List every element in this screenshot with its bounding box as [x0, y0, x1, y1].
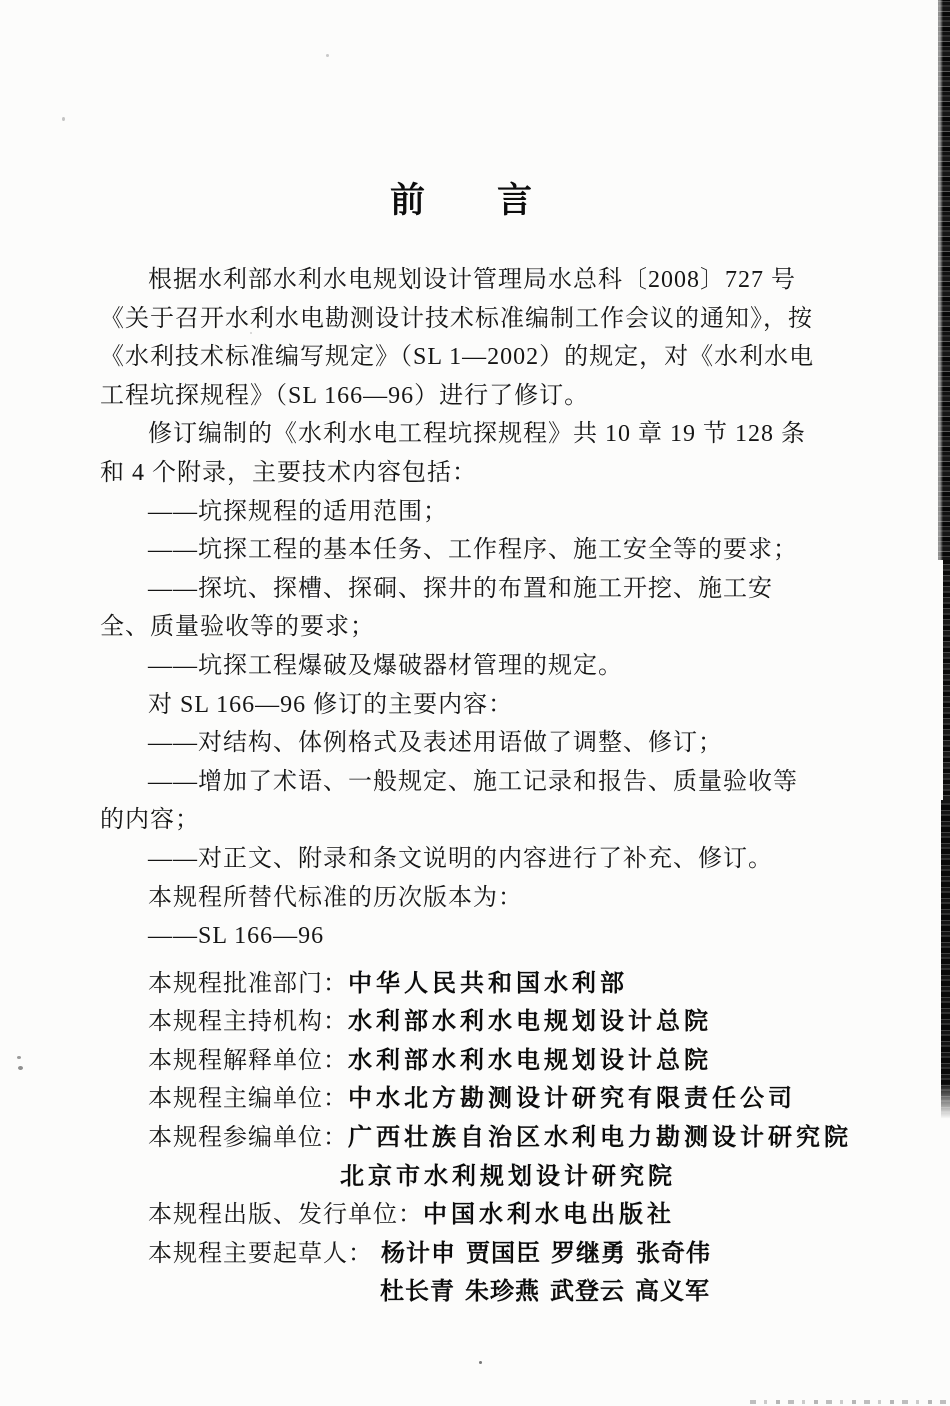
drafter-name: 贾国臣	[466, 1235, 541, 1274]
scan-noise-dashes	[750, 1400, 950, 1404]
scan-speck	[479, 1361, 482, 1364]
credit-label: 本规程主持机构：	[148, 1009, 348, 1035]
credit-row: 本规程批准部门：中华人民共和国水利部	[100, 965, 862, 1004]
drafter-names-row: 杨计申贾国臣罗继勇张奇伟	[381, 1235, 711, 1274]
credit-row: 本规程参编单位：广西壮族自治区水利电力勘测设计研究院	[100, 1119, 862, 1158]
body-line: ——增加了术语、一般规定、施工记录和报告、质量验收等	[100, 763, 862, 802]
body-line: ——坑探工程爆破及爆破器材管理的规定。	[100, 647, 862, 686]
credit-value: 水利部水利水电规划设计总院	[348, 1047, 712, 1074]
drafter-name: 杨计申	[381, 1235, 456, 1274]
credit-value: 中国水利水电出版社	[423, 1201, 675, 1228]
scanned-document-page: 前 言 根据水利部水利水电规划设计管理局水总科〔2008〕727 号 《关于召开…	[0, 0, 950, 1406]
scan-speck	[18, 1066, 23, 1070]
page-title-char-right: 言	[497, 180, 532, 222]
body-line: ——坑探工程的基本任务、工作程序、施工安全等的要求；	[100, 531, 862, 570]
body-line: ——探坑、探槽、探硐、探井的布置和施工开挖、施工安	[100, 570, 862, 609]
body-line: 工程坑探规程》（SL 166—96）进行了修订。	[100, 377, 862, 416]
body-line: 的内容；	[100, 801, 862, 840]
body-line: 根据水利部水利水电规划设计管理局水总科〔2008〕727 号	[100, 261, 862, 300]
drafter-name: 朱珍燕	[465, 1273, 540, 1312]
credit-label: 本规程参编单位：	[148, 1125, 348, 1151]
binding-edge-artifact	[938, 0, 950, 560]
credit-value: 北京市水利规划设计研究院	[340, 1163, 676, 1190]
body-line: 本规程所替代标准的历次版本为：	[100, 879, 862, 918]
credit-value: 广西壮族自治区水利电力勘测设计研究院	[348, 1124, 852, 1151]
body-line: 修订编制的《水利水电工程坑探规程》共 10 章 19 节 128 条	[100, 415, 862, 454]
credit-label: 本规程解释单位：	[148, 1048, 348, 1074]
drafter-name: 武登云	[550, 1273, 625, 1312]
body-line: ——坑探规程的适用范围；	[100, 493, 862, 532]
binding-edge-artifact	[941, 800, 950, 1122]
body-line: ——SL 166—96	[100, 917, 862, 956]
credit-label: 本规程批准部门：	[148, 971, 348, 997]
credit-row-continuation: 杜长青朱珍燕武登云高义军	[100, 1273, 862, 1312]
credit-label: 本规程主编单位：	[148, 1086, 348, 1112]
credit-value: 水利部水利水电规划设计总院	[348, 1008, 712, 1035]
credit-value: 中水北方勘测设计研究有限责任公司	[348, 1085, 796, 1112]
drafter-names-row: 杜长青朱珍燕武登云高义军	[380, 1273, 710, 1312]
credit-label: 本规程主要起草人：	[148, 1241, 373, 1267]
drafter-name: 杜长青	[380, 1273, 455, 1312]
credit-row: 本规程主编单位：中水北方勘测设计研究有限责任公司	[100, 1080, 862, 1119]
credit-row: 本规程出版、发行单位：中国水利水电出版社	[100, 1196, 862, 1235]
body-line: 和 4 个附录，主要技术内容包括：	[100, 454, 862, 493]
page-title-char-left: 前	[390, 180, 425, 222]
foreword-body: 根据水利部水利水电规划设计管理局水总科〔2008〕727 号 《关于召开水利水电…	[100, 261, 862, 1312]
body-line: ——对正文、附录和条文说明的内容进行了补充、修订。	[100, 840, 862, 879]
credit-row-continuation: 北京市水利规划设计研究院	[100, 1158, 862, 1197]
drafter-name: 高义军	[635, 1273, 710, 1312]
body-line: ——对结构、体例格式及表述用语做了调整、修订；	[100, 724, 862, 763]
drafter-name: 张奇伟	[636, 1235, 711, 1274]
credit-row: 本规程主持机构：水利部水利水电规划设计总院	[100, 1003, 862, 1042]
body-line: 《关于召开水利水电勘测设计技术标准编制工作会议的通知》，按	[100, 300, 862, 339]
drafter-name: 罗继勇	[551, 1235, 626, 1274]
body-line: 对 SL 166—96 修订的主要内容：	[100, 686, 862, 725]
binding-edge-artifact	[943, 560, 950, 800]
scan-speck	[17, 1056, 21, 1059]
credit-row: 本规程解释单位：水利部水利水电规划设计总院	[100, 1042, 862, 1081]
body-line: 《水利技术标准编写规定》（SL 1—2002）的规定，对《水利水电	[100, 338, 862, 377]
credit-label: 本规程出版、发行单位：	[148, 1202, 423, 1228]
credit-value: 中华人民共和国水利部	[348, 970, 628, 997]
credit-row: 本规程主要起草人：杨计申贾国臣罗继勇张奇伟	[100, 1235, 862, 1274]
scan-speck	[250, 332, 252, 334]
body-line: 全、质量验收等的要求；	[100, 608, 862, 647]
credits-block: 本规程批准部门：中华人民共和国水利部 本规程主持机构：水利部水利水电规划设计总院…	[100, 965, 862, 1312]
scan-speck	[326, 54, 329, 57]
scan-speck	[62, 117, 65, 121]
page-title: 前 言	[0, 180, 950, 222]
